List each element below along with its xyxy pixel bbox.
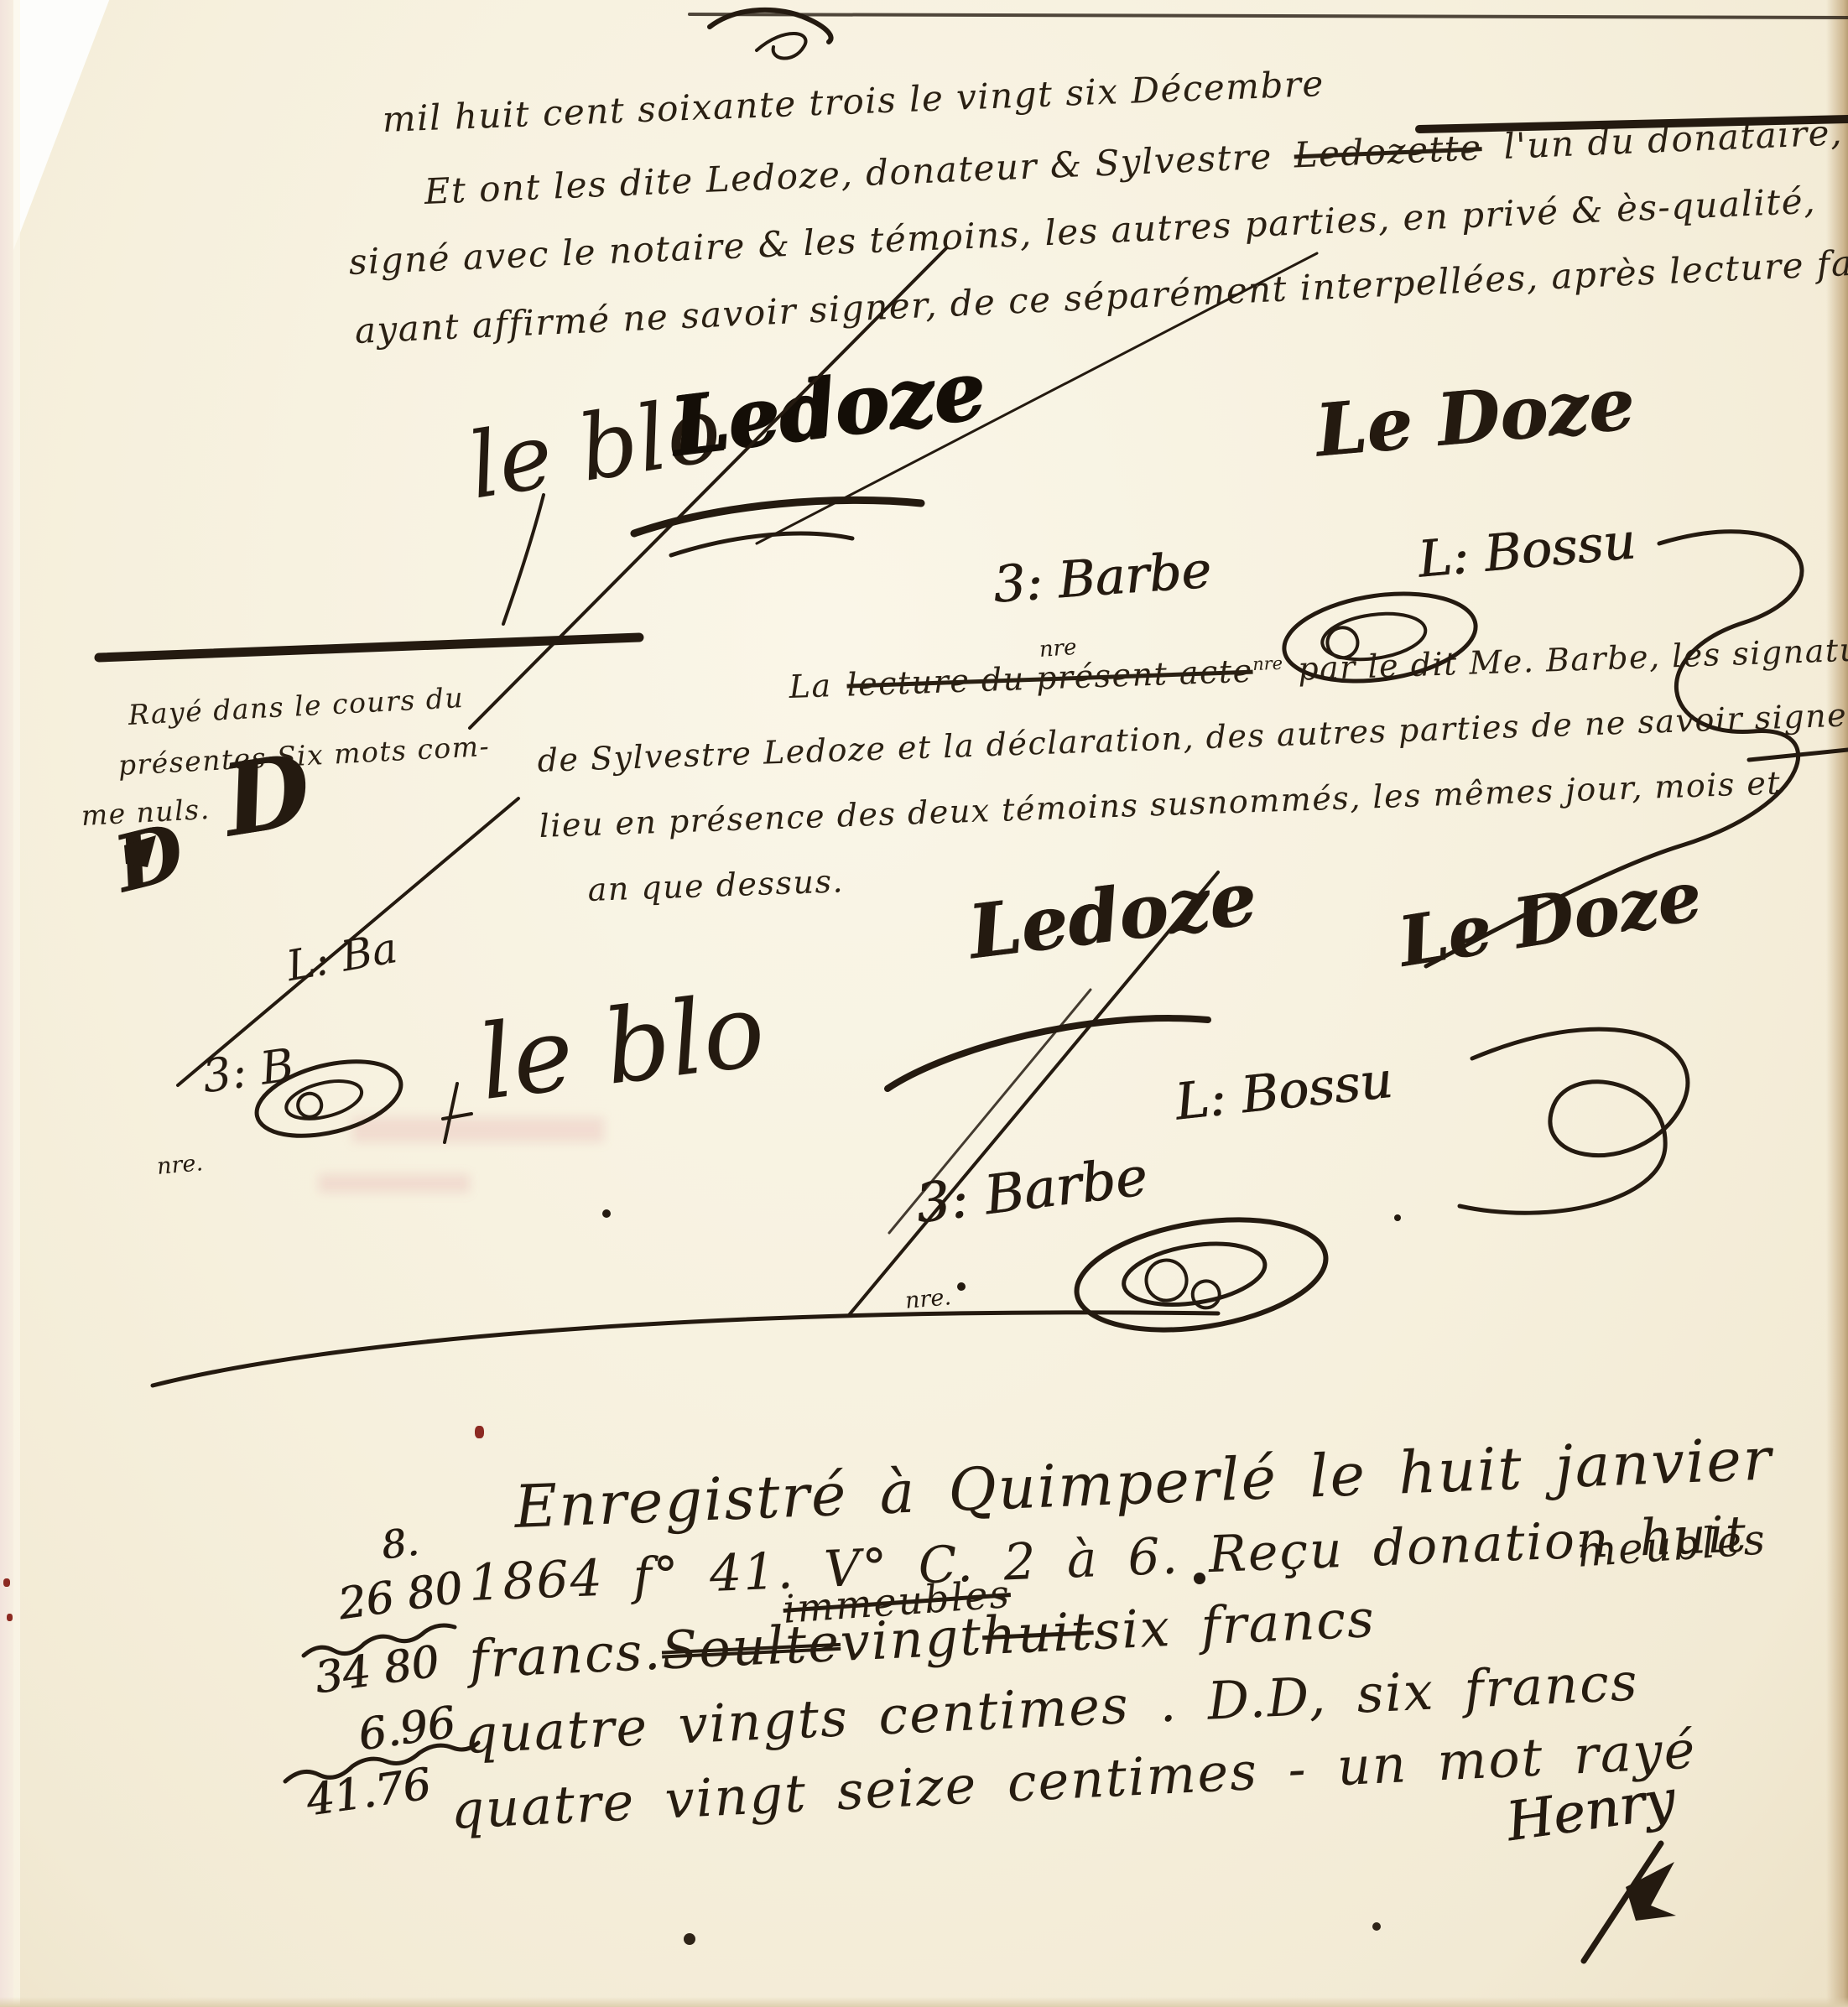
date-line-dash xyxy=(1419,119,1848,129)
barbe-paraph-2-outer xyxy=(1069,1204,1334,1345)
barbe-paraph-2 xyxy=(1069,1204,1334,1345)
margin-barbe-paraph-outer xyxy=(249,1048,409,1149)
small-flourish-f xyxy=(503,495,544,624)
diagonal-stroke-3 xyxy=(849,872,1218,1315)
margin-ink-blob xyxy=(124,835,156,867)
ink-dot-1 xyxy=(602,1209,611,1218)
top-edge-line xyxy=(690,14,1848,18)
amounts-wavy-line-1 xyxy=(304,1625,455,1656)
barbe-paraph-2-scribble-a xyxy=(1143,1257,1189,1303)
barbe-paraph-1 xyxy=(1278,582,1481,692)
ink-stroke-layer xyxy=(0,0,1848,2007)
margin-barbe-paraph xyxy=(249,1048,409,1149)
ink-dot-5 xyxy=(684,1933,695,1945)
amounts-wavy-line-2 xyxy=(285,1743,478,1781)
margin-barbe-paraph-scribble xyxy=(295,1091,324,1120)
ledoze-underline-1b xyxy=(671,533,852,555)
bossu-paraph-1 xyxy=(1426,532,1802,966)
top-ink-scribble-2 xyxy=(757,34,805,59)
barbe-paraph-2-scribble-b xyxy=(1190,1279,1221,1310)
diagonal-stroke-1 xyxy=(470,248,946,728)
henry-paraph-blob xyxy=(1626,1862,1676,1921)
ink-dot-2 xyxy=(957,1282,966,1291)
bossu-paraph-2 xyxy=(1460,1029,1688,1213)
small-flourish-4 xyxy=(443,1084,471,1142)
margin-barbe-paraph-inner xyxy=(283,1074,366,1126)
margin-diagonal-stroke xyxy=(178,798,518,1085)
ink-dot-6 xyxy=(1372,1922,1381,1931)
barbe-paraph-1-outer xyxy=(1278,582,1481,692)
section-separator-curve xyxy=(153,1313,1218,1386)
margin-heavy-rule xyxy=(99,637,639,658)
ink-dot-4 xyxy=(1194,1573,1205,1584)
ink-dot-3 xyxy=(1394,1214,1401,1221)
